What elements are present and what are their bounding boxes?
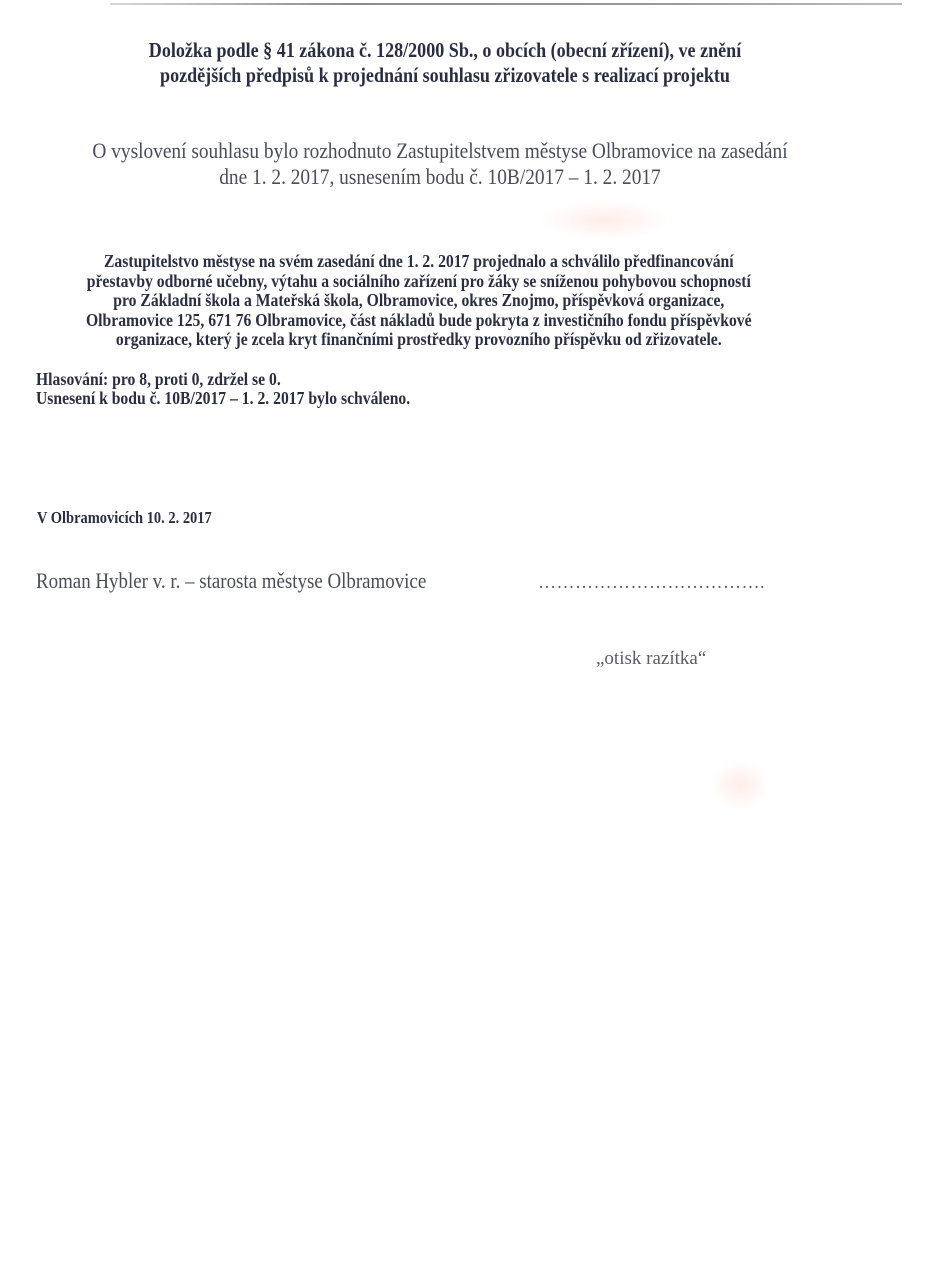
resolution-line: Olbramovice 125, 671 76 Olbramovice, čás… <box>36 311 802 331</box>
approval-statement: Usnesení k bodu č. 10B/2017 – 1. 2. 2017… <box>36 389 802 409</box>
resolution-line: přestavby odborné učebny, výtahu a sociá… <box>36 272 802 292</box>
signature-line: ………………………………. <box>538 572 765 593</box>
signatory: Roman Hybler v. r. – starosta městyse Ol… <box>36 568 426 594</box>
scan-blotch <box>710 760 770 810</box>
scan-blotch <box>540 200 670 240</box>
resolution-text: Zastupitelstvo městyse na svém zasedání … <box>36 252 802 350</box>
vote-section: Hlasování: pro 8, proti 0, zdržel se 0. … <box>36 370 802 409</box>
place-date: V Olbramovicích 10. 2. 2017 <box>37 508 212 528</box>
title-line: Doložka podle § 41 zákona č. 128/2000 Sb… <box>114 38 776 63</box>
resolution-line: pro Základní škola a Mateřská škola, Olb… <box>36 291 802 311</box>
resolution-block: Zastupitelstvo městyse na svém zasedání … <box>36 252 802 409</box>
decision-line: O vyslovení souhlasu bylo rozhodnuto Zas… <box>53 138 827 164</box>
scan-edge-line <box>110 3 902 5</box>
stamp-label: „otisk razítka“ <box>596 648 706 670</box>
decision-line: dne 1. 2. 2017, usnesením bodu č. 10B/20… <box>53 164 827 190</box>
title-line: pozdějších předpisů k projednání souhlas… <box>114 63 776 88</box>
resolution-line: Zastupitelstvo městyse na svém zasedání … <box>36 252 802 272</box>
resolution-line: organizace, který je zcela kryt finanční… <box>36 330 802 350</box>
decision-statement: O vyslovení souhlasu bylo rozhodnuto Zas… <box>53 138 827 190</box>
document-title: Doložka podle § 41 zákona č. 128/2000 Sb… <box>114 38 776 88</box>
vote-result: Hlasování: pro 8, proti 0, zdržel se 0. <box>36 370 802 390</box>
